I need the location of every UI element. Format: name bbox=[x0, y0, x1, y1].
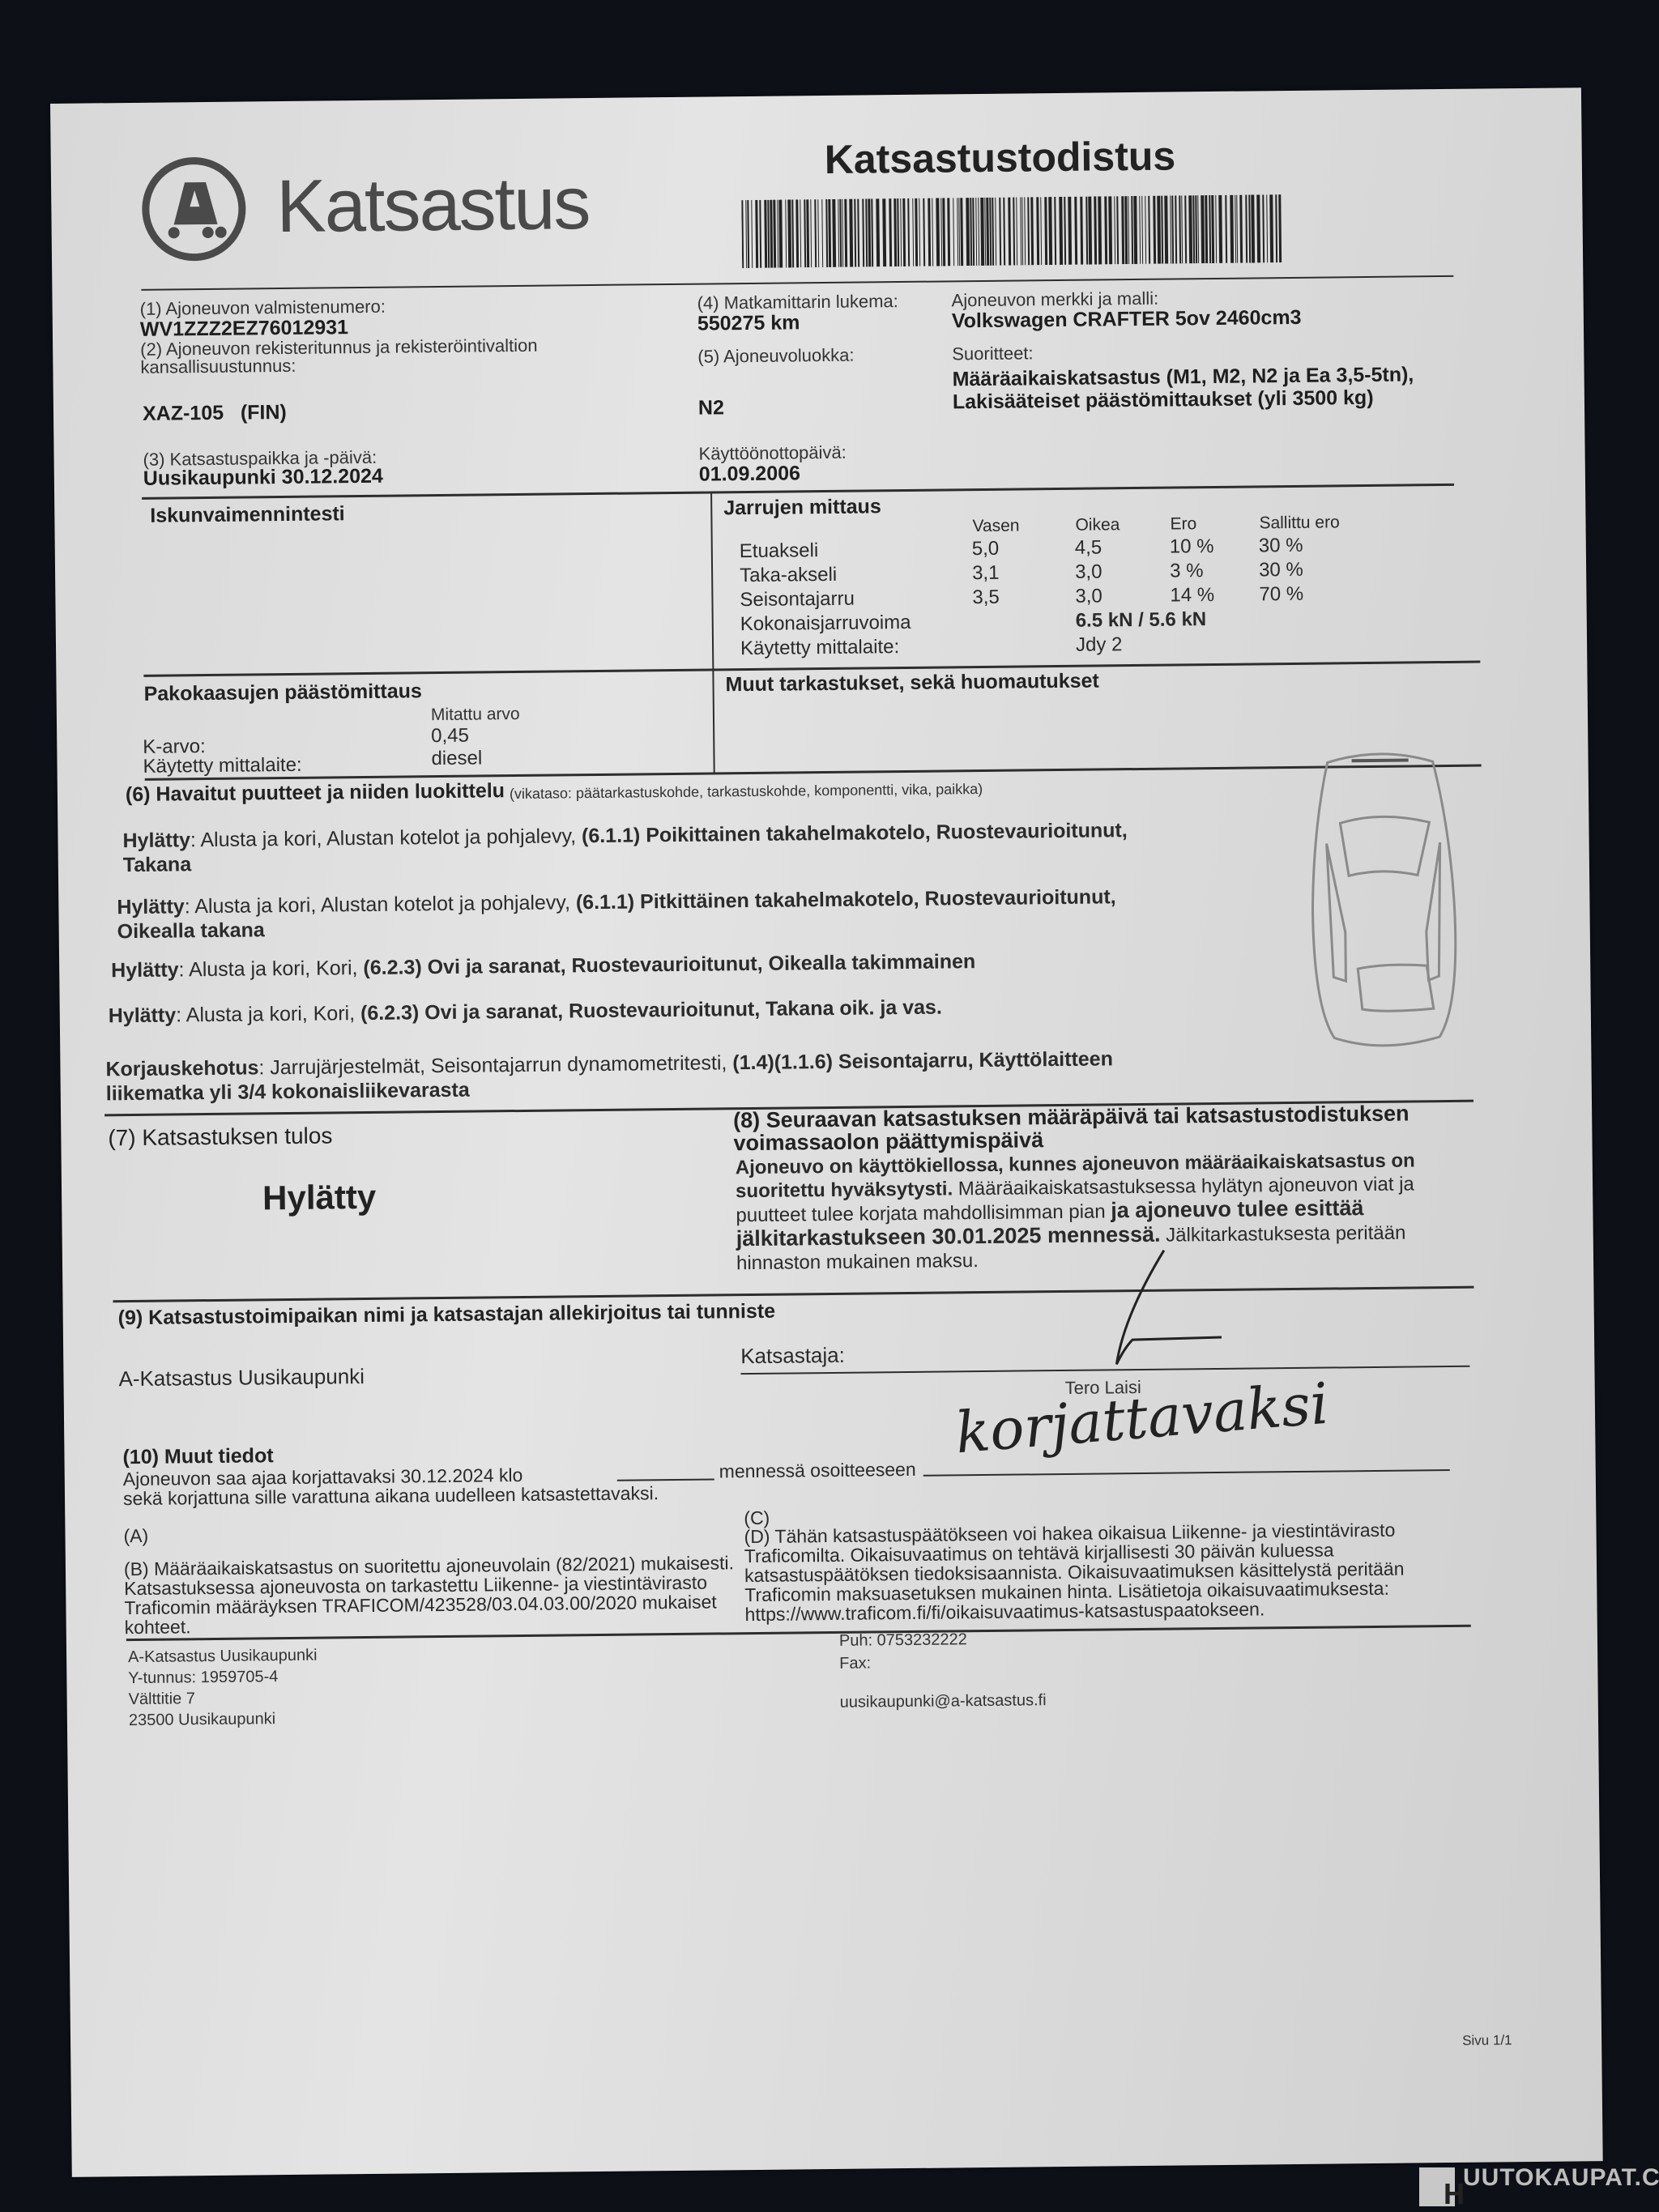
footer-address: A-Katsastus Uusikaupunki Y-tunnus: 19597… bbox=[128, 1645, 318, 1731]
footer-business-id: Y-tunnus: 1959705-4 bbox=[128, 1666, 318, 1689]
signature-scribble-icon bbox=[1091, 1242, 1230, 1381]
logo-text: Katsastus bbox=[276, 161, 590, 249]
time-blank-line bbox=[617, 1479, 714, 1481]
total-brake-force-label: Kokonaisjarruvoima bbox=[740, 611, 973, 637]
next-inspection-title: (8) Seuraavan katsastuksen määräpäivä ta… bbox=[733, 1102, 1479, 1155]
a-katsastus-logo-icon bbox=[142, 156, 246, 261]
car-top-view-icon bbox=[1294, 745, 1468, 1055]
cell: 3,0 bbox=[1075, 585, 1170, 610]
reinspection-note: sekä korjattuna sille varattuna aikana u… bbox=[123, 1482, 659, 1510]
column-header: Vasen bbox=[971, 514, 1074, 538]
note-a: (A) bbox=[123, 1525, 148, 1547]
first-use-label: Käyttöönottopäivä: bbox=[698, 442, 847, 465]
footer-street: Välttitie 7 bbox=[128, 1687, 318, 1710]
cell: 10 % bbox=[1170, 535, 1259, 560]
watermark-text: UUTOKAUPAT.COM bbox=[1463, 2164, 1659, 2192]
fault-level: Hylätty bbox=[122, 829, 190, 852]
brake-device-label: Käytetty mittalaite: bbox=[740, 635, 973, 662]
address-blank-line bbox=[923, 1469, 1450, 1477]
fault-level: Hylätty bbox=[111, 958, 179, 982]
cell: Seisontajarru bbox=[740, 586, 972, 613]
cell: 70 % bbox=[1259, 582, 1390, 608]
handwritten-note: korjattavaksi bbox=[953, 1370, 1332, 1467]
column-header: Sallittu ero bbox=[1258, 511, 1389, 535]
total-brake-force-value: 6.5 kN / 5.6 kN bbox=[1076, 607, 1391, 634]
column-header: Ero bbox=[1169, 512, 1258, 535]
fault-description: : Alusta ja kori, Kori, bbox=[176, 1002, 360, 1026]
emissions-title: Pakokaasujen päästömittaus bbox=[143, 680, 421, 706]
address-label: mennessä osoitteeseen bbox=[719, 1459, 916, 1483]
result-title: (7) Katsastuksen tulos bbox=[108, 1123, 332, 1151]
fault-level: Korjauskehotus bbox=[105, 1056, 258, 1080]
other-info-title: (10) Muut tiedot bbox=[122, 1444, 273, 1469]
cell: 14 % bbox=[1170, 583, 1259, 608]
faults-title: (6) Havaitut puutteet ja niiden luokitte… bbox=[126, 779, 505, 807]
result-value: Hylätty bbox=[262, 1178, 377, 1217]
cell: Taka-akseli bbox=[740, 562, 972, 589]
footer-company: A-Katsastus Uusikaupunki bbox=[128, 1645, 318, 1668]
footer-city: 23500 Uusikaupunki bbox=[129, 1708, 318, 1731]
registration-label: (2) Ajoneuvon rekisteritunnus ja rekiste… bbox=[140, 335, 642, 376]
inspection-certificate: Katsastus Katsastustodistus (1) Ajoneuvo… bbox=[50, 87, 1603, 2177]
faults-subtitle: (vikataso: päätarkastuskohde, tarkastusk… bbox=[510, 781, 983, 803]
divider bbox=[710, 491, 715, 772]
other-checks-title: Muut tarkastukset, sekä huomautukset bbox=[725, 669, 1099, 697]
measured-value-header: Mitattu arvo bbox=[431, 705, 520, 725]
footer-fax: Fax: bbox=[839, 1650, 1046, 1675]
column-header: Oikea bbox=[1074, 514, 1169, 537]
divider bbox=[141, 275, 1453, 291]
cell: 3,1 bbox=[972, 561, 1075, 586]
fault-description: : Alusta ja kori, Kori, bbox=[178, 957, 363, 981]
inspector-label: Katsastaja: bbox=[740, 1343, 845, 1369]
cell: 4,5 bbox=[1075, 536, 1170, 561]
cell: 3,0 bbox=[1075, 560, 1170, 586]
shock-test-title: Iskunvaimennintesti bbox=[150, 502, 345, 528]
fault-description: : Jarrujärjestelmät, Seisontajarrun dyna… bbox=[258, 1051, 732, 1079]
page-number: Sivu 1/1 bbox=[1462, 2032, 1512, 2049]
fault-item: Korjauskehotus: Jarrujärjestelmät, Seiso… bbox=[105, 1046, 1216, 1106]
first-use-value: 01.09.2006 bbox=[699, 462, 800, 486]
fault-description: : Alusta ja kori, Alustan kotelot ja poh… bbox=[190, 825, 582, 851]
cell: 5,0 bbox=[972, 537, 1075, 562]
cell: 30 % bbox=[1259, 534, 1390, 560]
make-value: Volkswagen CRAFTER 5ov 2460cm3 bbox=[952, 306, 1302, 334]
footer-email: uusikaupunki@a-katsastus.fi bbox=[840, 1689, 1047, 1714]
barcode-icon bbox=[741, 194, 1285, 268]
fault-description: : Alusta ja kori, Alustan kotelot ja poh… bbox=[185, 891, 576, 918]
fault-level: Hylätty bbox=[117, 895, 185, 918]
fault-component: (6.2.3) Ovi ja saranat, Ruostevaurioitun… bbox=[363, 950, 975, 979]
note-b: (B) Määräaikaiskatsastus on suoritettu a… bbox=[124, 1553, 757, 1637]
services-value: Määräaikaiskatsastus (M1, M2, N2 ja Ea 3… bbox=[952, 363, 1439, 413]
fault-item: Hylätty: Alusta ja kori, Alustan kotelot… bbox=[122, 817, 1176, 877]
vehicle-class-label: (5) Ajoneuvoluokka: bbox=[697, 345, 854, 368]
divider bbox=[113, 1286, 1473, 1303]
brake-measurement-table: Vasen Oikea Ero Sallittu ero Etuakseli 5… bbox=[739, 511, 1391, 662]
fault-level: Hylätty bbox=[109, 1004, 177, 1027]
fault-item: Hylätty: Alusta ja kori, Kori, (6.2.3) O… bbox=[111, 947, 1245, 983]
fault-item: Hylätty: Alusta ja kori, Kori, (6.2.3) O… bbox=[109, 992, 1243, 1029]
brake-device-value: Jdy 2 bbox=[1076, 631, 1391, 658]
column-header bbox=[739, 515, 971, 540]
cell: 3 % bbox=[1170, 559, 1259, 584]
footer-contact: Puh: 0753232222 Fax: uusikaupunki@a-kats… bbox=[839, 1627, 1047, 1714]
registration-value: XAZ-105 (FIN) bbox=[143, 401, 287, 426]
emissions-device-label: Käytetty mittalaite: bbox=[143, 754, 301, 778]
vehicle-class-value: N2 bbox=[698, 396, 724, 420]
fault-item: Hylätty: Alusta ja kori, Alustan kotelot… bbox=[117, 884, 1171, 944]
cell: Etuakseli bbox=[740, 538, 972, 565]
fault-component: (6.2.3) Ovi ja saranat, Ruostevaurioitun… bbox=[360, 996, 942, 1025]
watermark-letter: H bbox=[1444, 2177, 1465, 2211]
station-name: A-Katsastus Uusikaupunki bbox=[118, 1364, 365, 1392]
cell: 3,5 bbox=[972, 586, 1075, 611]
document-title: Katsastustodistus bbox=[824, 132, 1175, 183]
note-d: (D) Tähän katsastuspäätökseen voi hakea … bbox=[744, 1519, 1473, 1624]
odometer-value: 550275 km bbox=[697, 311, 800, 335]
services-label: Suoritteet: bbox=[952, 343, 1034, 364]
cell: 30 % bbox=[1259, 558, 1390, 584]
place-value: Uusikaupunki 30.12.2024 bbox=[143, 465, 383, 491]
divider bbox=[145, 765, 1482, 781]
k-value: 0,45 bbox=[431, 725, 469, 748]
emissions-device-value: diesel bbox=[431, 747, 482, 770]
signature-section-title: (9) Katsastustoimipaikan nimi ja katsast… bbox=[118, 1300, 776, 1330]
footer-phone: Puh: 0753232222 bbox=[839, 1627, 1046, 1652]
